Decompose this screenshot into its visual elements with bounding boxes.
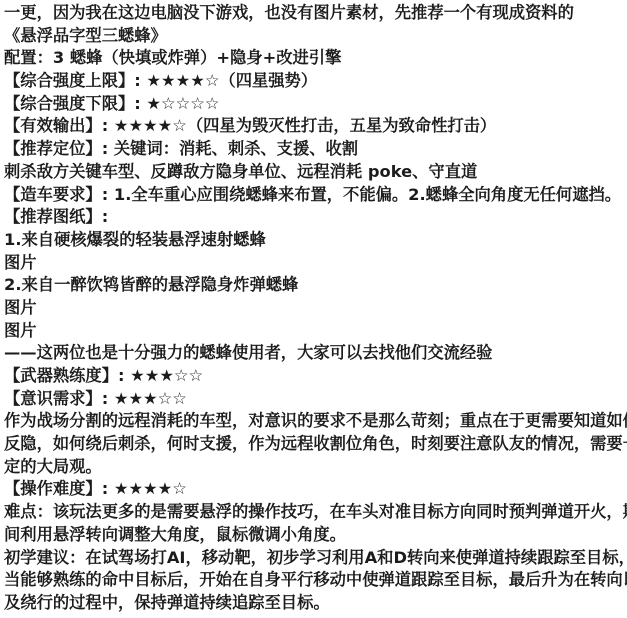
text-line: ——这两位也是十分强力的蟋蜂使用者，大家可以去找他们交流经验 bbox=[4, 342, 627, 365]
text-line: 【有效输出】: ★★★★☆（四星为毁灭性打击，五星为致命性打击） bbox=[4, 115, 627, 138]
text-line: 《悬浮品字型三蟋蜂》 bbox=[4, 25, 627, 48]
text-line: 定的大局观。 bbox=[4, 456, 627, 479]
text-line: 1.来自硬核爆裂的轻装悬浮速射蟋蜂 bbox=[4, 229, 627, 252]
document-body: 一更，因为我在这边电脑没下游戏，也没有图片素材，先推荐一个有现成资料的 《悬浮品… bbox=[0, 0, 627, 618]
text-line: 【意识需求】: ★★★☆☆ bbox=[4, 388, 627, 411]
text-line: 【综合强度下限】: ★☆☆☆☆ bbox=[4, 93, 627, 116]
text-line: 【操作难度】: ★★★★☆ bbox=[4, 478, 627, 501]
text-line: 配置：3 蟋蜂（快填或炸弹）+隐身+改进引擎 bbox=[4, 47, 627, 70]
text-line: 初学建议：在试驾场打AI，移动靶，初步学习利用A和D转向来使弹道持续跟踪至目标， bbox=[4, 547, 627, 570]
text-line: 一更，因为我在这边电脑没下游戏，也没有图片素材，先推荐一个有现成资料的 bbox=[4, 2, 627, 25]
text-line: 【武器熟练度】: ★★★☆☆ bbox=[4, 365, 627, 388]
text-line: 2.来自一醉饮鸨皆醉的悬浮隐身炸弹蟋蜂 bbox=[4, 274, 627, 297]
text-line: 【推荐定位】: 关键词：消耗、刺杀、支援、收割 bbox=[4, 138, 627, 161]
text-line: 【推荐图纸】: bbox=[4, 206, 627, 229]
text-line: 当能够熟练的命中目标后，开始在自身平行移动中使弹道跟踪至目标，最后升为在转向以 bbox=[4, 569, 627, 592]
text-line: 难点：该玩法更多的是需要悬浮的操作技巧，在车头对准目标方向同时预判弹道开火，期 bbox=[4, 501, 627, 524]
text-line: 图片 bbox=[4, 297, 627, 320]
text-line: 反隐，如何绕后刺杀，何时支援，作为远程收割位角色，时刻要注意队友的情况，需要一 bbox=[4, 433, 627, 456]
text-line: 【综合强度上限】: ★★★★☆（四星强势） bbox=[4, 70, 627, 93]
text-line: 图片 bbox=[4, 320, 627, 343]
text-line: 刺杀敌方关键车型、反蹲敌方隐身单位、远程消耗 poke、守直道 bbox=[4, 161, 627, 184]
text-line: 图片 bbox=[4, 252, 627, 275]
text-line: 【造车要求】: 1.全车重心应围绕蟋蜂来布置，不能偏。2.蟋蜂全向角度无任何遮挡… bbox=[4, 184, 627, 207]
text-line: 间利用悬浮转向调整大角度，鼠标微调小角度。 bbox=[4, 524, 627, 547]
text-line: 作为战场分割的远程消耗的车型，对意识的要求不是那么苛刻；重点在于更需要知道如何 bbox=[4, 410, 627, 433]
text-line: 及绕行的过程中，保持弹道持续追踪至目标。 bbox=[4, 592, 627, 615]
